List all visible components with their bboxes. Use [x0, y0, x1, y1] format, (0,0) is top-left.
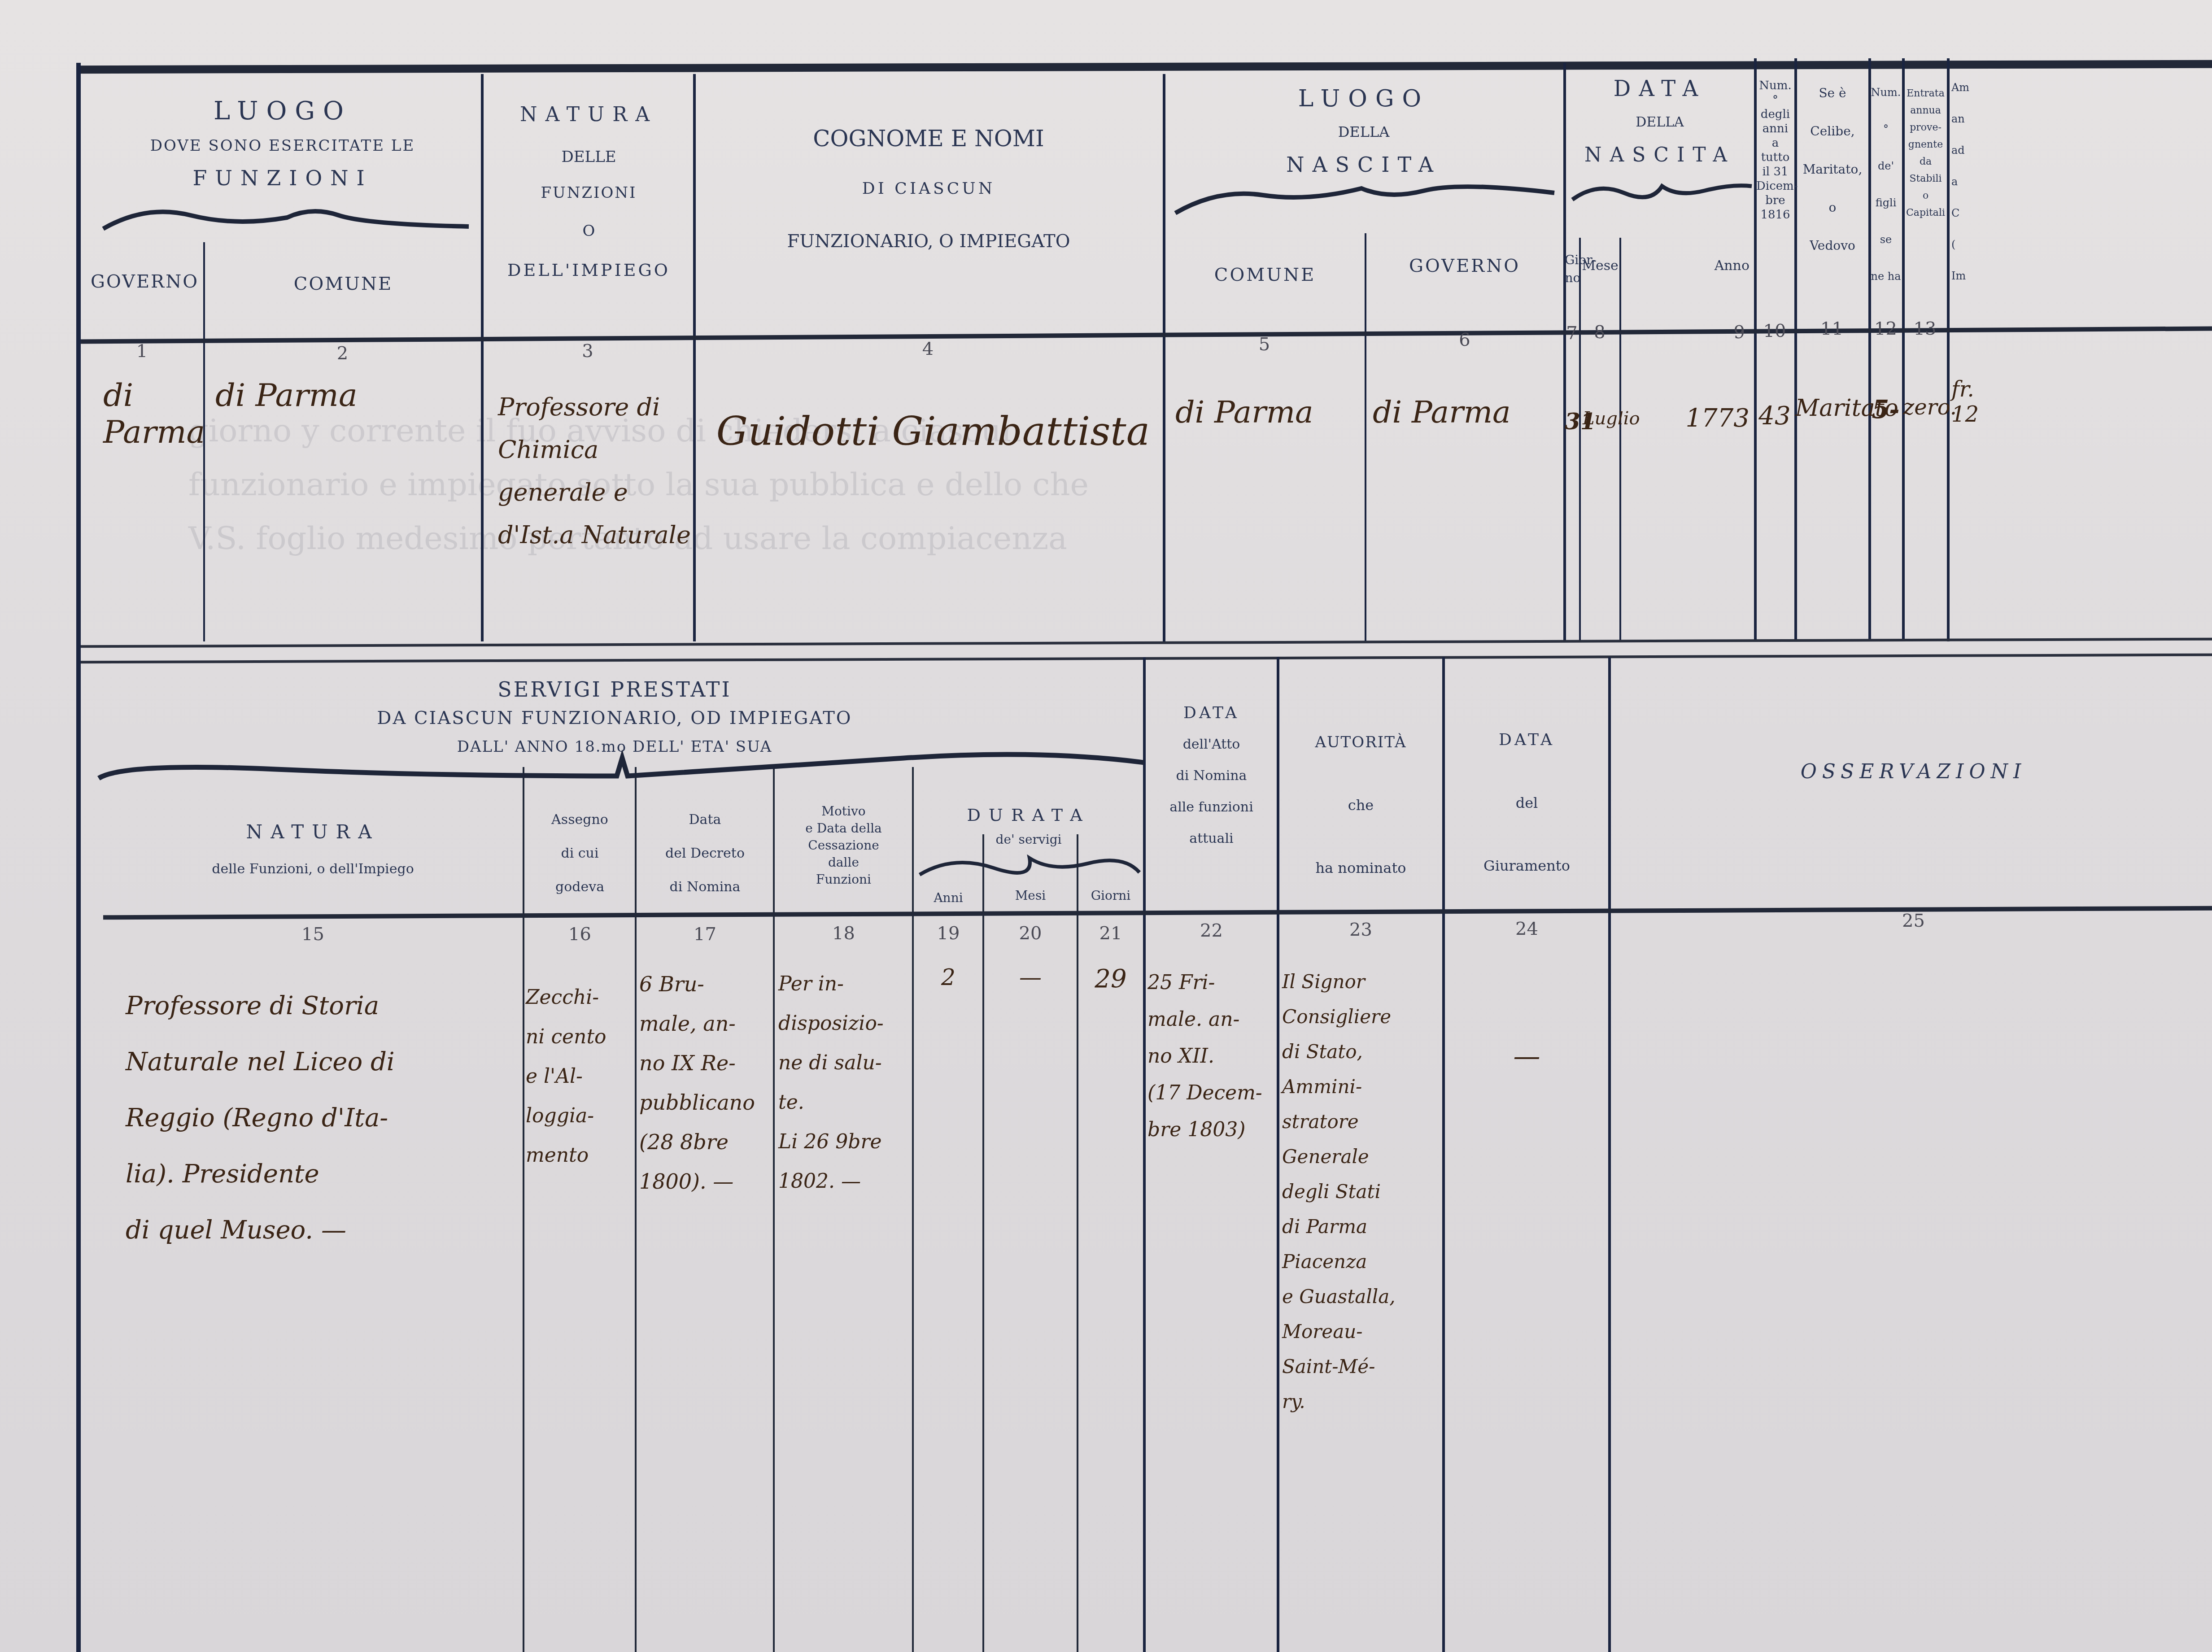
header-line: Am [1951, 72, 1978, 103]
cell-entrata: zero. [1903, 395, 1947, 420]
cell-autorita: Il Signor Consigliere di Stato, Ammini- … [1282, 964, 1444, 1419]
cell-anno: 1773 [1620, 404, 1754, 433]
header-line: di Nomina [637, 870, 773, 904]
cell-giorni: 29 [1078, 964, 1143, 994]
cell-line: ry. [1282, 1384, 1444, 1419]
cell-line: Reggio (Regno d'Ita- [126, 1090, 520, 1146]
header-line: e Data della [775, 820, 912, 837]
cell-line: no IX Re- [639, 1043, 774, 1083]
cell-line: 1800). — [639, 1162, 774, 1201]
cell-line: Consigliere [1282, 999, 1444, 1034]
cell-line: Generale [1282, 1139, 1444, 1174]
cell-line: ne di salu- [778, 1043, 913, 1083]
column-number: 18 [775, 923, 912, 944]
header-data-giuramento: DATA del Giuramento [1445, 709, 1608, 897]
header-luogo-subtitle: DOVE SONO ESERCITATE LE [85, 137, 480, 155]
header-line: Dicem- [1756, 179, 1794, 193]
cell-line: 1802. — [778, 1162, 913, 1201]
header-durata-subtitle: de' servigi [914, 832, 1143, 847]
header-line: Vedovo [1797, 227, 1868, 265]
cell-line: e Guastalla, [1282, 1279, 1444, 1314]
header-giorni: Giorni [1078, 888, 1143, 903]
header-line: o [1797, 188, 1868, 227]
cell-line: ni cento [526, 1017, 633, 1057]
header-luogo-nascita-title: LUOGO [1166, 85, 1561, 112]
header-line: se [1870, 221, 1902, 258]
header-autorita: AUTORITÀ che ha nominato [1279, 711, 1442, 899]
header-line: 1816 [1756, 208, 1794, 222]
header-line: Se è [1797, 74, 1868, 112]
header-line: a [1756, 136, 1794, 150]
cell-line: Professore di Storia [126, 978, 520, 1034]
cell-line: lia). Presidente [126, 1146, 520, 1202]
column-number: 9 [1620, 322, 1754, 343]
header-osservazioni: OSSERVAZIONI [1615, 760, 2212, 783]
cell-line: male, an- [639, 1004, 774, 1043]
header-line: Im [1951, 260, 1978, 292]
column-number: 8 [1580, 322, 1619, 343]
cell-assegno: Zecchi- ni cento e l'Al- loggia- mento [526, 978, 633, 1175]
header-cognome-line: COGNOME E NOMI [695, 126, 1162, 152]
cell-line: pubblicano [639, 1083, 774, 1122]
header-line: godeva [525, 870, 635, 904]
column-number: 4 [693, 339, 1163, 359]
rule-col7-8 [1579, 238, 1581, 641]
cell-comune: di Parma [215, 377, 467, 414]
column-number: 23 [1279, 920, 1442, 940]
section-divider-1 [81, 638, 2212, 648]
cell-line: te. [778, 1083, 913, 1122]
header-line: figli [1870, 184, 1902, 221]
cell-line: Il Signor [1282, 964, 1444, 999]
brace-icon [1570, 177, 1754, 204]
header-line: Assegno [525, 803, 635, 837]
column-number: 17 [637, 924, 773, 945]
header-line: DATA [1146, 697, 1277, 729]
cell-anni-1816: 43 [1755, 401, 1794, 431]
header-cognome-line: FUNZIONARIO, O IMPIEGATO [695, 231, 1162, 252]
cell-natura-servigi: Professore di Storia Naturale nel Liceo … [126, 978, 520, 1258]
column-number: 24 [1445, 919, 1608, 939]
header-governo-nascita: GOVERNO [1368, 256, 1561, 276]
header-line: an [1951, 103, 1978, 135]
column-number: 22 [1146, 920, 1277, 941]
column-number: 3 [482, 341, 693, 362]
column-number: 5 [1164, 334, 1365, 355]
cell-line: disposizio- [778, 1004, 913, 1043]
header-data-title2: NASCITA [1566, 144, 1754, 166]
column-number: 16 [525, 924, 635, 945]
header-governo: GOVERNO [85, 271, 204, 292]
header-luogo-nascita-title2: NASCITA [1166, 153, 1561, 177]
header-stato-civile: Se è Celibe, Maritato, o Vedovo [1797, 74, 1868, 265]
cell-nome: Guidotti Giambattista [704, 408, 1162, 454]
header-natura-line: NATURA [484, 103, 693, 126]
header-natura-line: DELL'IMPIEGO [484, 260, 693, 280]
header-durata-title: DURATA [914, 805, 1143, 825]
column-number: 10 [1755, 321, 1794, 341]
cell-natura-impiego: Professore di Chimica generale e d'Ist.a… [498, 386, 691, 556]
top-border [76, 60, 2212, 74]
header-line: dell'Atto [1146, 729, 1277, 760]
cell-line: Li 26 9bre [778, 1122, 913, 1162]
header-line: tutto [1756, 150, 1794, 165]
header-mesi: Mesi [984, 888, 1077, 903]
cell-line: loggia- [526, 1096, 633, 1136]
cell-line: di Parma [1282, 1209, 1444, 1244]
rule-col21-22 [1143, 657, 1146, 1652]
header-natura-subtitle: delle Funzioni, o dell'Impiego [103, 861, 523, 877]
cell-line: 25 Fri- [1147, 964, 1277, 1001]
cell-data-giuramento: — [1445, 1041, 1608, 1072]
header-data-title: DATA [1566, 76, 1754, 101]
column-number: 20 [984, 923, 1077, 944]
header-line: di Nomina [1146, 760, 1277, 792]
header-line: dalle [775, 854, 912, 871]
header-line: Funzioni [775, 871, 912, 888]
header-line: ad [1951, 135, 1978, 166]
header-data-decreto: Data del Decreto di Nomina [637, 803, 773, 904]
header-line: Stabili [1904, 170, 1947, 187]
header-line: Entrata [1904, 85, 1947, 102]
cell-line: stratore [1282, 1104, 1444, 1139]
brace-icon [1173, 179, 1559, 215]
cell-mese: Luglio [1583, 408, 1619, 429]
header-line: attuali [1146, 823, 1277, 854]
cell-comune-nascita: di Parma [1175, 395, 1359, 430]
header-luogo-title2: FUNZIONI [85, 166, 480, 190]
cell-line: di Stato, [1282, 1034, 1444, 1069]
header-natura-line: O [484, 222, 693, 240]
cell-line: e l'Al- [526, 1057, 633, 1096]
header-natura-line: FUNZIONI [484, 184, 693, 202]
header-line: Celibe, [1797, 112, 1868, 150]
header-line: de' [1870, 148, 1902, 184]
header-line: Cessazione [775, 837, 912, 854]
cell-anni: 2 [914, 964, 982, 990]
section-divider-2 [81, 654, 2212, 664]
column-number: 2 [204, 343, 481, 364]
cell-line: degli Stati [1282, 1174, 1444, 1209]
header-giorno: Gior-no [1565, 251, 1581, 287]
cell-line: di quel Museo. — [126, 1202, 520, 1258]
rule-col4-5 [1163, 74, 1165, 641]
cell-line: Piacenza [1282, 1244, 1444, 1279]
header-line: Capitali [1904, 205, 1947, 222]
header-servigi-line: SERVIGI PRESTATI [90, 677, 1139, 702]
column-number: 25 [1615, 911, 2212, 931]
header-comune: COMUNE [206, 274, 480, 294]
column-number: 12 [1869, 318, 1902, 339]
cell-data-atto: 25 Fri- male. an- no XII. (17 Decem- bre… [1147, 964, 1277, 1148]
rule-col13-14 [1947, 58, 1950, 641]
cell-line: Saint-Mé- [1282, 1349, 1444, 1384]
cell-line: (17 Decem- [1147, 1075, 1277, 1112]
header-line: alle funzioni [1146, 792, 1277, 823]
rule-col24-25 [1608, 657, 1611, 1652]
cell-motivo: Per in- disposizio- ne di salu- te. Li 2… [778, 964, 913, 1201]
header-num-anni: Num.° degli anni a tutto il 31 Dicem- br… [1756, 78, 1794, 222]
rule-col20-21 [1077, 834, 1078, 1652]
header-line: C [1951, 197, 1978, 229]
header-data-subtitle: DELLA [1566, 114, 1754, 130]
header-line: annua [1904, 102, 1947, 119]
header-line: Motivo [775, 803, 912, 820]
header-assegno: Assegno di cui godeva [525, 803, 635, 904]
column-number: 21 [1078, 923, 1143, 944]
header-line: ha nominato [1279, 837, 1442, 899]
header-line: degli [1756, 107, 1794, 122]
cell-data-decreto: 6 Bru- male, an- no IX Re- pubblicano (2… [639, 964, 774, 1201]
header-line: a [1951, 166, 1978, 197]
header-servigi-line: DA CIASCUN FUNZIONARIO, OD IMPIEGATO [90, 708, 1139, 728]
header-line: o [1904, 187, 1947, 205]
cell-giorno: 31 [1565, 408, 1581, 435]
header-anno: Anno [1621, 258, 1754, 274]
cell-stato-civile: Maritato [1795, 395, 1868, 422]
cell-line: 6 Bru- [639, 964, 774, 1004]
brace-icon [96, 749, 1146, 785]
cell-col14-partial: fr. 12 [1951, 377, 1996, 427]
column-number: 11 [1795, 318, 1868, 339]
header-line: da [1904, 153, 1947, 170]
column-number: 1 [81, 341, 203, 362]
header-motivo: Motivo e Data della Cessazione dalle Fun… [775, 803, 912, 888]
rule-col15-16 [523, 767, 524, 1652]
header-line: AUTORITÀ [1279, 711, 1442, 774]
header-line: bre [1756, 193, 1794, 208]
column-number: 15 [103, 924, 523, 945]
cell-line: Zecchi- [526, 978, 633, 1017]
header-data-atto: DATA dell'Atto di Nomina alle funzioni a… [1146, 697, 1277, 854]
header-line: Giuramento [1445, 834, 1608, 897]
header-num-figli: Num.° de' figli se ne ha [1870, 74, 1902, 295]
header-line: Num.° [1756, 78, 1794, 107]
column-number: 13 [1903, 318, 1947, 339]
header-line: DATA [1445, 709, 1608, 772]
rule-col17-18 [773, 767, 775, 1652]
header-line: ne ha [1870, 258, 1902, 295]
header-entrata: Entrata annua prove- gnente da Stabili o… [1904, 85, 1947, 222]
cell-governo: di Parma [103, 377, 206, 450]
cell-figli: 5- [1869, 395, 1902, 424]
header-cognome-line: DI CIASCUN [695, 179, 1162, 198]
header-natura-title: NATURA [103, 821, 523, 843]
column-number: 6 [1366, 330, 1563, 350]
header-natura-line: DELLE [484, 148, 693, 166]
rule-col8-9 [1619, 238, 1621, 641]
cell-line: mento [526, 1136, 633, 1175]
cell-line: (28 8bre [639, 1122, 774, 1162]
header-line: prove- [1904, 119, 1947, 136]
header-line: gnente [1904, 136, 1947, 153]
header-anni: Anni [914, 890, 982, 905]
brace-icon [917, 854, 1142, 877]
rule-col19-20 [982, 834, 984, 1652]
header-partial-col14: Am an ad a C ( Im [1951, 72, 1978, 292]
header-line: del [1445, 772, 1608, 834]
header-line: del Decreto [637, 837, 773, 870]
column-number: 7 [1565, 323, 1579, 344]
cell-line: bre 1803) [1147, 1112, 1277, 1148]
header-line: ( [1951, 229, 1978, 260]
cell-line: Ammini- [1282, 1069, 1444, 1104]
header-mese: Mese [1581, 258, 1619, 274]
header-comune-nascita: COMUNE [1166, 265, 1364, 285]
cell-line: male. an- [1147, 1001, 1277, 1038]
cell-line: Moreau- [1282, 1314, 1444, 1349]
header-line: Num.° [1870, 74, 1902, 148]
column-number: 19 [914, 923, 982, 944]
header-luogo-title: LUOGO [85, 96, 480, 126]
brace-icon [101, 200, 473, 235]
header-line: anni [1756, 122, 1794, 136]
cell-mesi: — [984, 964, 1077, 990]
header-line: di cui [525, 837, 635, 870]
header-line: il 31 [1756, 165, 1794, 179]
rule-col5-6 [1365, 233, 1366, 641]
cell-line: Naturale nel Liceo di [126, 1034, 520, 1090]
header-luogo-nascita-subtitle: DELLA [1166, 123, 1561, 140]
cell-line: no XII. [1147, 1038, 1277, 1075]
rule-col18-19 [912, 767, 914, 1652]
header-line: Maritato, [1797, 150, 1868, 188]
header-line: Data [637, 803, 773, 837]
cell-governo-nascita: di Parma [1373, 395, 1561, 430]
cell-line: Per in- [778, 964, 913, 1004]
rule-col16-17 [635, 767, 637, 1652]
header-line: che [1279, 774, 1442, 837]
left-border [76, 63, 81, 1652]
